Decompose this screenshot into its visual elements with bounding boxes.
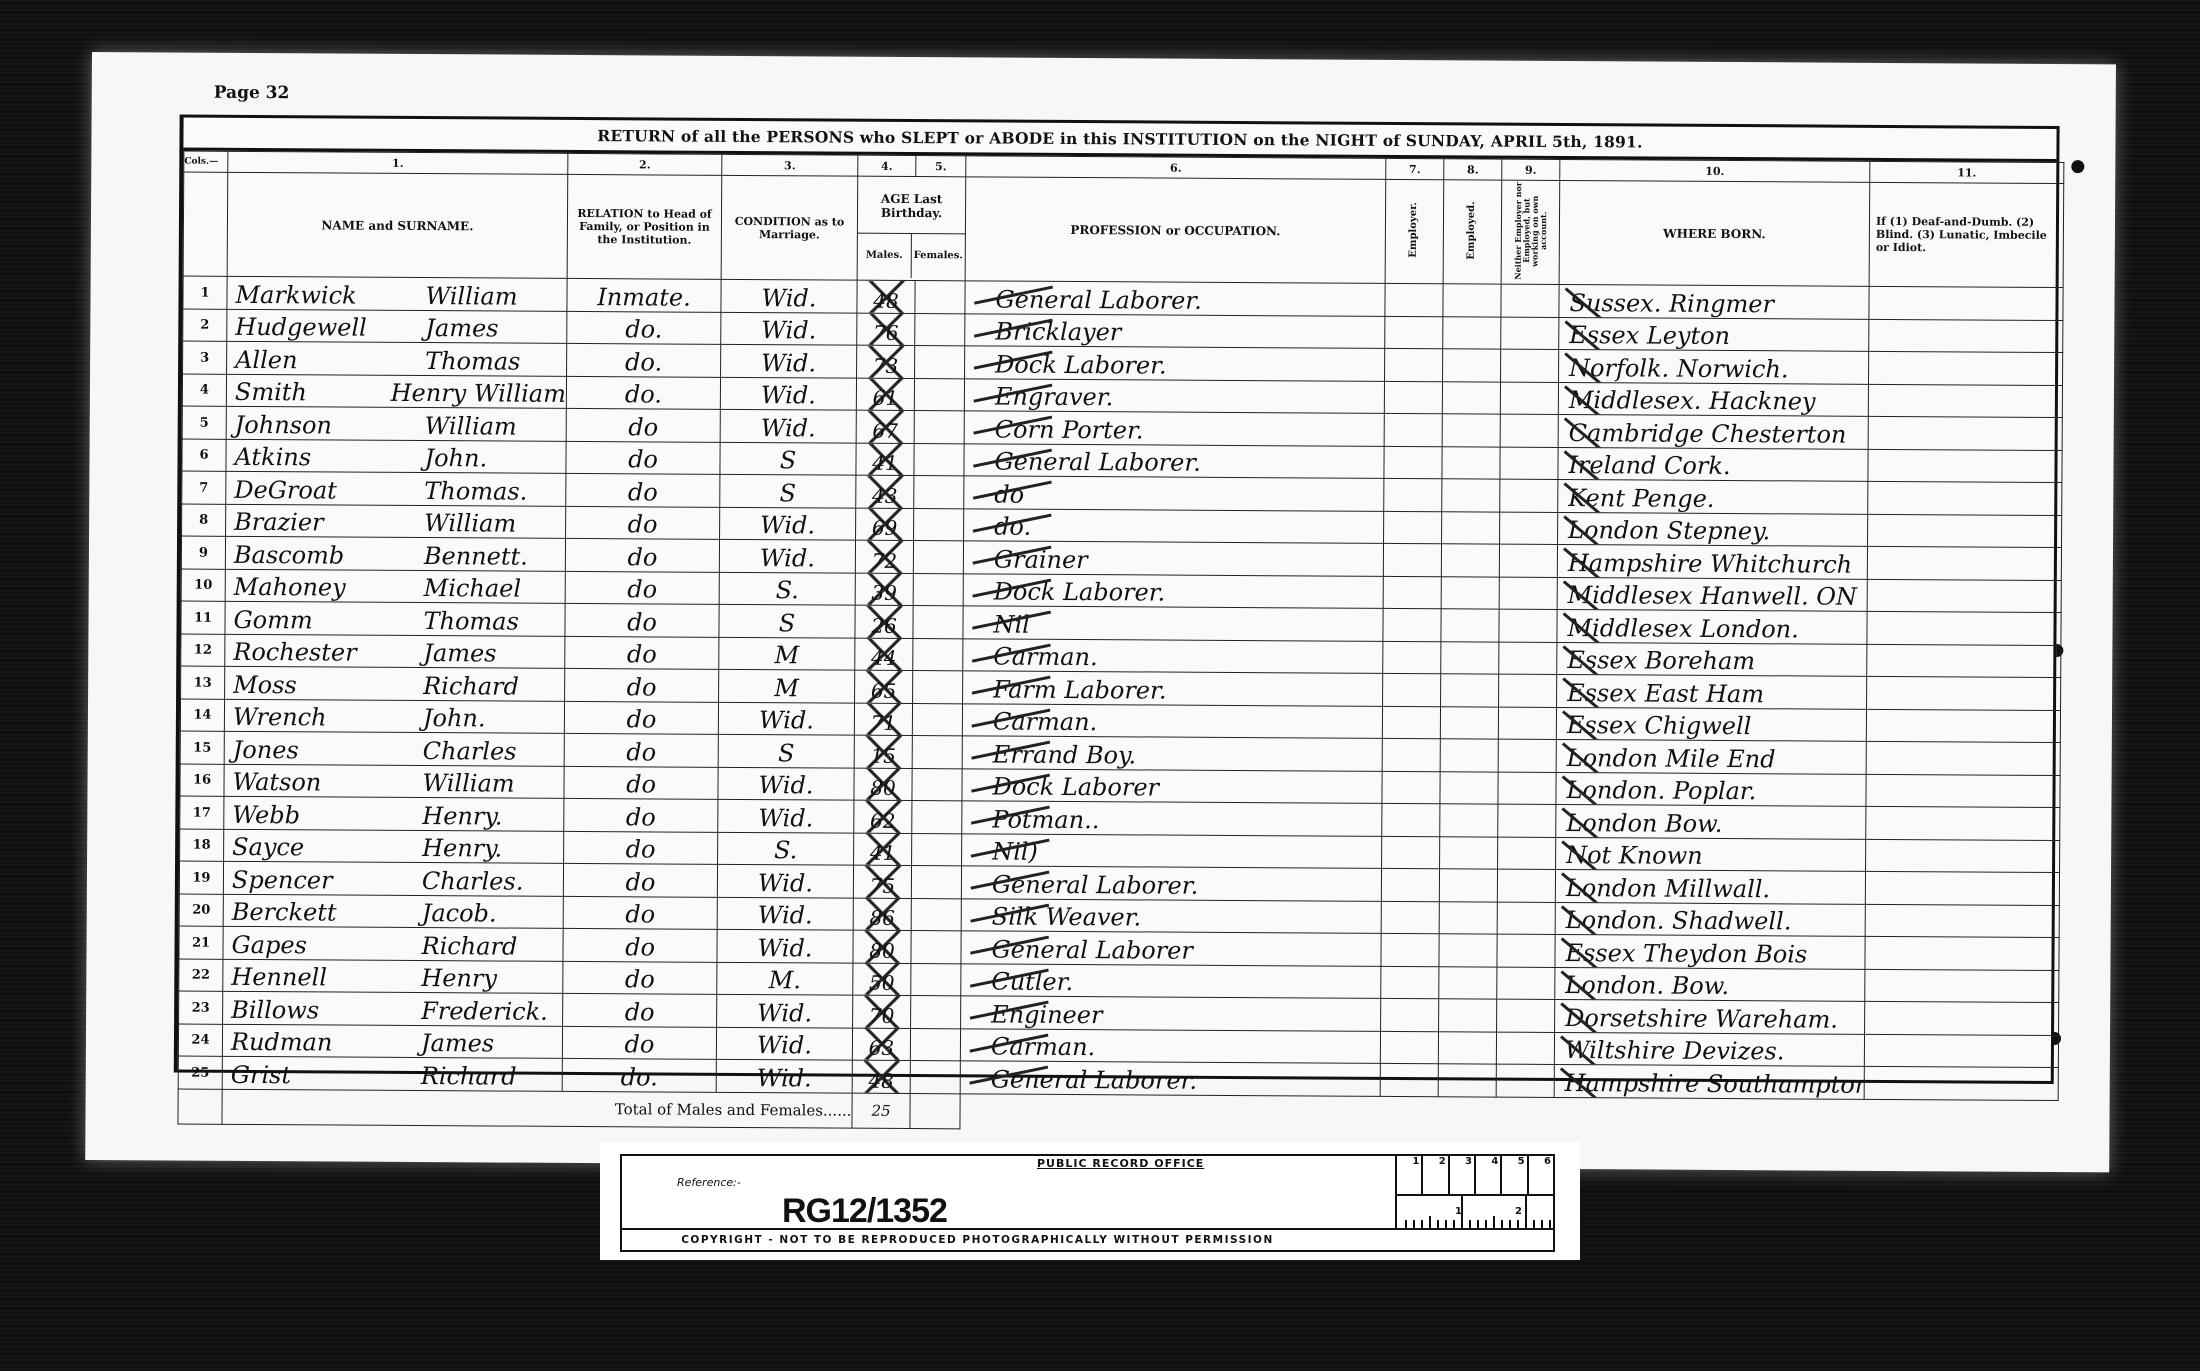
age-males-cell: 76 bbox=[857, 313, 915, 346]
surname: Gapes bbox=[223, 931, 421, 960]
total-blank bbox=[910, 1093, 960, 1128]
age-females-cell bbox=[913, 573, 963, 606]
occupation-text: Dock Laborer bbox=[992, 773, 1159, 802]
census-form: RETURN of all the PERSONS who SLEPT or A… bbox=[174, 115, 2060, 1084]
employed-cell bbox=[1442, 447, 1500, 480]
header-employer-text: Employer. bbox=[1409, 202, 1420, 258]
forename: Richard bbox=[423, 672, 519, 701]
age-females-cell bbox=[912, 703, 962, 736]
occupation-cell: Engineer bbox=[961, 996, 1381, 1031]
neither-cell bbox=[1498, 804, 1556, 837]
reference-slip: PUBLIC RECORD OFFICE Reference:- RG12/13… bbox=[600, 1142, 1580, 1260]
infirmity-cell bbox=[1865, 969, 2059, 1003]
employed-cell bbox=[1441, 642, 1499, 675]
header-infirmity: If (1) Deaf-and-Dumb. (2) Blind. (3) Lun… bbox=[1869, 182, 2064, 288]
total-blank bbox=[178, 1089, 222, 1124]
occupation-cell: Dock Laborer. bbox=[963, 574, 1383, 609]
infirmity-cell bbox=[1869, 352, 2063, 386]
row-number: 3 bbox=[183, 341, 227, 374]
employer-cell bbox=[1385, 284, 1443, 317]
infirmity-cell bbox=[1868, 482, 2062, 516]
col-num: 2. bbox=[568, 153, 722, 175]
occupation-cell: Farm Laborer. bbox=[963, 671, 1383, 706]
relation-cell: do bbox=[566, 441, 720, 474]
where-born-text: Dorsetshire Wareham. bbox=[1565, 1004, 1838, 1034]
row-number: 22 bbox=[179, 959, 223, 992]
employed-cell bbox=[1440, 739, 1498, 772]
age-males-cell: 65 bbox=[855, 671, 913, 704]
name-cell: RochesterJames bbox=[225, 634, 565, 669]
neither-cell bbox=[1496, 1032, 1554, 1065]
forename: Charles bbox=[423, 737, 517, 766]
age-males-cell: 67 bbox=[856, 411, 914, 444]
reference-value: RG12/1352 bbox=[782, 1192, 947, 1231]
occupation-text: Corn Porter. bbox=[995, 415, 1144, 444]
occupation-text: do bbox=[994, 480, 1024, 508]
employer-cell bbox=[1383, 609, 1441, 642]
employer-cell bbox=[1383, 641, 1441, 674]
employed-cell bbox=[1440, 837, 1498, 870]
relation-cell: do bbox=[564, 734, 718, 767]
relation-cell: do bbox=[563, 929, 717, 962]
employer-cell bbox=[1384, 381, 1442, 414]
neither-cell bbox=[1499, 674, 1557, 707]
age-males-cell: 41 bbox=[856, 443, 914, 476]
employer-cell bbox=[1382, 771, 1440, 804]
where-born-text: Middlesex. Hackney bbox=[1569, 386, 1816, 416]
relation-cell: do. bbox=[567, 311, 721, 344]
employed-cell bbox=[1439, 902, 1497, 935]
employed-cell bbox=[1439, 869, 1497, 902]
row-number: 2 bbox=[183, 309, 227, 342]
surname: Webb bbox=[224, 801, 422, 830]
ruler-cm-mark: 2 bbox=[1423, 1156, 1449, 1194]
surname: Markwick bbox=[227, 281, 425, 310]
header-age: AGE Last Birthday. Males. Females. bbox=[857, 176, 966, 281]
occupation-cell: Errand Boy. bbox=[962, 736, 1382, 771]
occupation-text: Silk Weaver. bbox=[992, 903, 1142, 932]
total-blank bbox=[960, 1094, 2058, 1136]
name-cell: AtkinsJohn. bbox=[226, 439, 566, 474]
occupation-cell: Dock Laborer. bbox=[965, 346, 1385, 381]
name-cell: SayceHenry. bbox=[224, 829, 564, 864]
surname: DeGroat bbox=[226, 476, 424, 505]
where-born-cell: London. Bow. bbox=[1555, 967, 1865, 1001]
surname: Sayce bbox=[224, 833, 422, 862]
where-born-cell: Hampshire Whitchurch bbox=[1557, 545, 1867, 579]
relation-cell: do bbox=[566, 409, 720, 442]
occupation-cell: Grainer bbox=[963, 541, 1383, 576]
employer-cell bbox=[1384, 511, 1442, 544]
employed-cell bbox=[1439, 934, 1497, 967]
age-females-cell bbox=[912, 736, 962, 769]
neither-cell bbox=[1498, 772, 1556, 805]
forename: William bbox=[425, 412, 517, 441]
neither-cell bbox=[1497, 902, 1555, 935]
occupation-text: Dock Laborer. bbox=[995, 350, 1167, 379]
forename: William bbox=[422, 769, 514, 798]
employed-cell bbox=[1440, 707, 1498, 740]
condition-cell: Wid. bbox=[717, 995, 853, 1028]
employer-cell bbox=[1381, 966, 1439, 999]
infirmity-cell bbox=[1865, 904, 2059, 938]
forename: John. bbox=[424, 444, 487, 472]
employed-cell bbox=[1442, 382, 1500, 415]
neither-cell bbox=[1500, 479, 1558, 512]
infirmity-cell bbox=[1869, 319, 2063, 353]
occupation-text: Engineer bbox=[991, 1000, 1103, 1029]
infirmity-cell bbox=[1867, 579, 2061, 613]
age-males-cell: 80 bbox=[853, 931, 911, 964]
employed-cell bbox=[1441, 544, 1499, 577]
neither-cell bbox=[1498, 837, 1556, 870]
header-neither: Neither Employer nor Employed, but worki… bbox=[1501, 180, 1560, 285]
name-cell: MarkwickWilliam bbox=[227, 277, 567, 312]
infirmity-cell bbox=[1867, 677, 2061, 711]
occupation-cell: Dock Laborer bbox=[962, 769, 1382, 804]
age-females-cell bbox=[911, 931, 961, 964]
where-born-cell: London Bow. bbox=[1556, 805, 1866, 839]
infirmity-cell bbox=[1867, 644, 2061, 678]
name-cell: AllenThomas bbox=[227, 342, 567, 377]
where-born-cell: Ireland Cork. bbox=[1558, 447, 1868, 481]
surname: Berckett bbox=[224, 898, 422, 927]
row-number: 16 bbox=[180, 764, 224, 797]
row-number: 12 bbox=[181, 634, 225, 667]
row-number: 19 bbox=[179, 861, 223, 894]
infirmity-cell bbox=[1866, 774, 2060, 808]
surname: Grist bbox=[223, 1061, 421, 1090]
age-females-cell bbox=[913, 671, 963, 704]
forename: Michael bbox=[424, 574, 522, 603]
age-females-cell bbox=[913, 541, 963, 574]
name-cell: WatsonWilliam bbox=[224, 764, 564, 799]
condition-cell: Wid. bbox=[718, 767, 854, 800]
row-number: 6 bbox=[182, 439, 226, 472]
employer-cell bbox=[1382, 739, 1440, 772]
occupation-cell: Potman.. bbox=[962, 801, 1382, 836]
relation-cell: do bbox=[564, 701, 718, 734]
age-males-cell: 86 bbox=[853, 898, 911, 931]
header-relation: RELATION to Head of Family, or Position … bbox=[567, 174, 722, 279]
where-born-text: Norfolk. Norwich. bbox=[1569, 354, 1789, 383]
name-cell: BillowsFrederick. bbox=[223, 992, 563, 1027]
ruler-cm-mark: 5 bbox=[1502, 1156, 1528, 1194]
age-males-cell: 70 bbox=[853, 996, 911, 1029]
occupation-cell: Carman. bbox=[960, 1029, 1380, 1064]
employer-cell bbox=[1381, 999, 1439, 1032]
header-condition: CONDITION as to Marriage. bbox=[721, 175, 858, 280]
relation-cell: do bbox=[563, 994, 717, 1027]
where-born-cell: Not Known bbox=[1556, 837, 1866, 871]
neither-cell bbox=[1497, 869, 1555, 902]
surname: Billows bbox=[223, 996, 421, 1025]
condition-cell: Wid. bbox=[721, 280, 857, 313]
employed-cell bbox=[1441, 577, 1499, 610]
employed-cell bbox=[1439, 967, 1497, 1000]
age-females-cell bbox=[911, 963, 961, 996]
relation-cell: do. bbox=[567, 344, 721, 377]
header-occupation: PROFESSION or OCCUPATION. bbox=[965, 177, 1386, 284]
age-females-cell bbox=[915, 346, 965, 379]
relation-cell: do bbox=[563, 896, 717, 929]
condition-cell: Wid. bbox=[720, 507, 856, 540]
where-born-text: Hampshire Whitchurch bbox=[1568, 549, 1852, 579]
header-employer: Employer. bbox=[1385, 179, 1444, 284]
employer-cell bbox=[1381, 901, 1439, 934]
age-females-cell bbox=[910, 1061, 960, 1094]
name-cell: BerckettJacob. bbox=[223, 894, 563, 929]
age-males-cell: 26 bbox=[855, 606, 913, 639]
surname: Allen bbox=[227, 346, 425, 375]
forename: John. bbox=[423, 704, 486, 732]
where-born-text: London Millwall. bbox=[1566, 874, 1770, 903]
row-number: 17 bbox=[180, 796, 224, 829]
reference-slip-frame: PUBLIC RECORD OFFICE Reference:- RG12/13… bbox=[620, 1154, 1555, 1252]
infirmity-cell bbox=[1868, 449, 2062, 483]
header-neither-text: Neither Employer nor Employed, but worki… bbox=[1513, 181, 1547, 281]
occupation-cell: do bbox=[964, 476, 1384, 511]
infirmity-cell bbox=[1866, 709, 2060, 743]
name-cell: HennellHenry bbox=[223, 959, 563, 994]
infirmity-cell bbox=[1868, 384, 2062, 418]
condition-cell: M bbox=[719, 670, 855, 703]
where-born-cell: Hampshire Southampton. bbox=[1554, 1065, 1864, 1099]
occupation-cell: Corn Porter. bbox=[964, 411, 1384, 446]
scale-ruler: 1 2 3 4 5 6 1 2 bbox=[1395, 1156, 1553, 1230]
occupation-cell: Nil) bbox=[962, 834, 1382, 869]
age-females-cell bbox=[914, 476, 964, 509]
where-born-text: Middlesex London. bbox=[1567, 614, 1798, 643]
employer-cell bbox=[1381, 934, 1439, 967]
age-females-cell bbox=[915, 281, 965, 314]
occupation-text: General Laborer. bbox=[994, 448, 1200, 477]
employed-cell bbox=[1443, 284, 1501, 317]
employer-cell bbox=[1382, 804, 1440, 837]
surname: Bascomb bbox=[226, 541, 424, 570]
where-born-cell: London. Poplar. bbox=[1556, 772, 1866, 806]
forename: Charles. bbox=[422, 867, 524, 896]
neither-cell bbox=[1501, 285, 1559, 318]
forename: Frederick. bbox=[421, 997, 548, 1026]
condition-cell: Wid. bbox=[720, 410, 856, 443]
relation-cell: do bbox=[566, 474, 720, 507]
infirmity-cell bbox=[1865, 937, 2059, 971]
header-age-males: Males. bbox=[858, 234, 912, 278]
age-males-cell: 75 bbox=[853, 866, 911, 899]
census-sheet: Page 32 RETURN of all the PERSONS who SL… bbox=[85, 52, 2116, 1172]
neither-cell bbox=[1501, 317, 1559, 350]
where-born-text: Essex Theydon Bois bbox=[1565, 939, 1807, 968]
census-rows: 1MarkwickWilliamInmate.Wid.48General Lab… bbox=[178, 276, 2063, 1100]
name-cell: JonesCharles bbox=[224, 732, 564, 767]
relation-cell: do bbox=[564, 831, 718, 864]
forename: Thomas bbox=[425, 347, 520, 376]
occupation-cell: Cutler. bbox=[961, 964, 1381, 999]
forename: Henry. bbox=[422, 834, 502, 862]
infirmity-cell bbox=[1866, 742, 2060, 776]
occupation-text: Dock Laborer. bbox=[994, 578, 1166, 607]
condition-cell: M bbox=[719, 637, 855, 670]
employer-cell bbox=[1384, 446, 1442, 479]
name-cell: JohnsonWilliam bbox=[226, 407, 566, 442]
ruler-cm: 1 2 3 4 5 6 bbox=[1397, 1156, 1553, 1196]
occupation-cell: Engraver. bbox=[964, 379, 1384, 414]
condition-cell: Wid. bbox=[720, 377, 856, 410]
relation-cell: do bbox=[564, 766, 718, 799]
forename: Henry William bbox=[391, 379, 566, 408]
age-males-cell: 43 bbox=[856, 476, 914, 509]
header-age-group: AGE Last Birthday. bbox=[858, 179, 965, 235]
reference-label: Reference:- bbox=[677, 1176, 741, 1189]
where-born-cell: London Millwall. bbox=[1555, 870, 1865, 904]
occupation-cell: Carman. bbox=[963, 639, 1383, 674]
surname: Johnson bbox=[227, 411, 425, 440]
occupation-cell: Nil bbox=[963, 606, 1383, 641]
relation-cell: do bbox=[563, 961, 717, 994]
col-num: 5. bbox=[916, 156, 966, 177]
punch-hole bbox=[2071, 160, 2084, 173]
condition-cell: S bbox=[719, 605, 855, 638]
infirmity-cell bbox=[1866, 807, 2060, 841]
where-born-cell: Essex East Ham bbox=[1557, 675, 1867, 709]
employer-cell bbox=[1385, 316, 1443, 349]
col-num: 6. bbox=[966, 156, 1386, 180]
age-females-cell bbox=[911, 898, 961, 931]
occupation-cell: General Laborer. bbox=[965, 281, 1385, 316]
condition-cell: Wid. bbox=[717, 865, 853, 898]
occupation-text: Errand Boy. bbox=[993, 740, 1136, 769]
where-born-text: Essex East Ham bbox=[1567, 679, 1764, 708]
row-number: 11 bbox=[181, 601, 225, 634]
ruler-cm-mark: 3 bbox=[1450, 1156, 1476, 1194]
condition-cell: S bbox=[720, 442, 856, 475]
employed-cell bbox=[1442, 414, 1500, 447]
age-females-cell bbox=[913, 606, 963, 639]
surname: Hudgewell bbox=[227, 313, 425, 342]
relation-cell: do. bbox=[566, 376, 720, 409]
occupation-text: Potman.. bbox=[992, 805, 1099, 834]
condition-cell: Wid. bbox=[719, 540, 855, 573]
employed-cell bbox=[1440, 772, 1498, 805]
surname: Mahoney bbox=[226, 573, 424, 602]
relation-cell: do bbox=[565, 669, 719, 702]
relation-cell: do bbox=[565, 571, 719, 604]
header-employed: Employed. bbox=[1443, 180, 1502, 285]
where-born-cell: Essex Boreham bbox=[1557, 642, 1867, 676]
occupation-cell: General Laborer. bbox=[961, 866, 1381, 901]
age-males-cell: 41 bbox=[854, 833, 912, 866]
infirmity-cell bbox=[1865, 872, 2059, 906]
surname: Wrench bbox=[225, 703, 423, 732]
age-males-cell: 69 bbox=[856, 508, 914, 541]
relation-cell: do bbox=[562, 1026, 716, 1059]
employer-cell bbox=[1384, 414, 1442, 447]
age-females-cell bbox=[911, 996, 961, 1029]
where-born-cell: Dorsetshire Wareham. bbox=[1555, 1000, 1865, 1034]
forename: William bbox=[424, 509, 516, 538]
employer-cell bbox=[1383, 674, 1441, 707]
row-number: 4 bbox=[182, 374, 226, 407]
occupation-cell: General Laborer. bbox=[964, 444, 1384, 479]
total-label: Total of Males and Females...... bbox=[222, 1089, 852, 1128]
ruler-inch: 1 2 bbox=[1397, 1196, 1553, 1230]
ruler-cm-mark: 6 bbox=[1529, 1156, 1553, 1194]
age-females-cell bbox=[912, 833, 962, 866]
where-born-cell: Sussex. Ringmer bbox=[1559, 285, 1869, 319]
condition-cell: S. bbox=[719, 572, 855, 605]
occupation-text: General Laborer bbox=[991, 935, 1192, 964]
col-num: 7. bbox=[1386, 158, 1444, 179]
employer-cell bbox=[1380, 1064, 1438, 1097]
row-number: 20 bbox=[179, 894, 223, 927]
condition-cell: S bbox=[720, 475, 856, 508]
employed-cell bbox=[1438, 1032, 1496, 1065]
neither-cell bbox=[1500, 447, 1558, 480]
surname: Brazier bbox=[226, 508, 424, 537]
neither-cell bbox=[1501, 350, 1559, 383]
age-males-cell: 80 bbox=[854, 768, 912, 801]
copyright-notice: COPYRIGHT - NOT TO BE REPRODUCED PHOTOGR… bbox=[622, 1228, 1553, 1250]
employed-cell bbox=[1440, 804, 1498, 837]
employed-cell bbox=[1441, 609, 1499, 642]
neither-cell bbox=[1499, 642, 1557, 675]
where-born-text: London Mile End bbox=[1567, 744, 1776, 773]
neither-cell bbox=[1500, 382, 1558, 415]
employed-cell bbox=[1443, 349, 1501, 382]
relation-cell: do bbox=[565, 636, 719, 669]
row-number: 5 bbox=[182, 406, 226, 439]
condition-cell: S. bbox=[718, 832, 854, 865]
age-males-cell: 48 bbox=[857, 281, 915, 314]
employer-cell bbox=[1382, 706, 1440, 739]
occupation-text: Bricklayer bbox=[995, 318, 1121, 347]
employer-cell bbox=[1383, 576, 1441, 609]
relation-cell: do bbox=[563, 864, 717, 897]
age-males-cell: 73 bbox=[857, 346, 915, 379]
name-cell: BascombBennett. bbox=[225, 537, 565, 572]
employer-cell bbox=[1381, 869, 1439, 902]
col-num: 11. bbox=[1870, 161, 2064, 183]
col-num: Cols.— bbox=[184, 151, 228, 172]
col-num: 8. bbox=[1444, 159, 1502, 180]
where-born-text: Not Known bbox=[1566, 841, 1703, 870]
condition-cell: Wid. bbox=[717, 897, 853, 930]
where-born-text: London Stepney. bbox=[1568, 516, 1770, 545]
neither-cell bbox=[1500, 512, 1558, 545]
where-born-cell: Cambridge Chesterton bbox=[1558, 415, 1868, 449]
name-cell: SmithHenry William bbox=[226, 374, 566, 409]
age-males-cell: 44 bbox=[855, 638, 913, 671]
surname: Moss bbox=[225, 671, 423, 700]
age-females-cell bbox=[914, 378, 964, 411]
header-name: NAME and SURNAME. bbox=[227, 172, 568, 278]
infirmity-cell bbox=[1864, 1034, 2058, 1068]
where-born-text: Middlesex Hanwell. ON bbox=[1568, 581, 1857, 611]
where-born-cell: Middlesex Hanwell. ON bbox=[1557, 577, 1867, 611]
age-females-cell bbox=[912, 768, 962, 801]
relation-cell: do bbox=[565, 604, 719, 637]
employer-cell bbox=[1382, 836, 1440, 869]
forename: Richard bbox=[421, 1062, 517, 1091]
employed-cell bbox=[1441, 674, 1499, 707]
row-number: 15 bbox=[180, 731, 224, 764]
row-number: 10 bbox=[181, 569, 225, 602]
condition-cell: Wid. bbox=[716, 1027, 852, 1060]
age-females-cell bbox=[911, 866, 961, 899]
occupation-cell: do. bbox=[964, 509, 1384, 544]
where-born-text: Cambridge Chesterton bbox=[1569, 419, 1847, 449]
